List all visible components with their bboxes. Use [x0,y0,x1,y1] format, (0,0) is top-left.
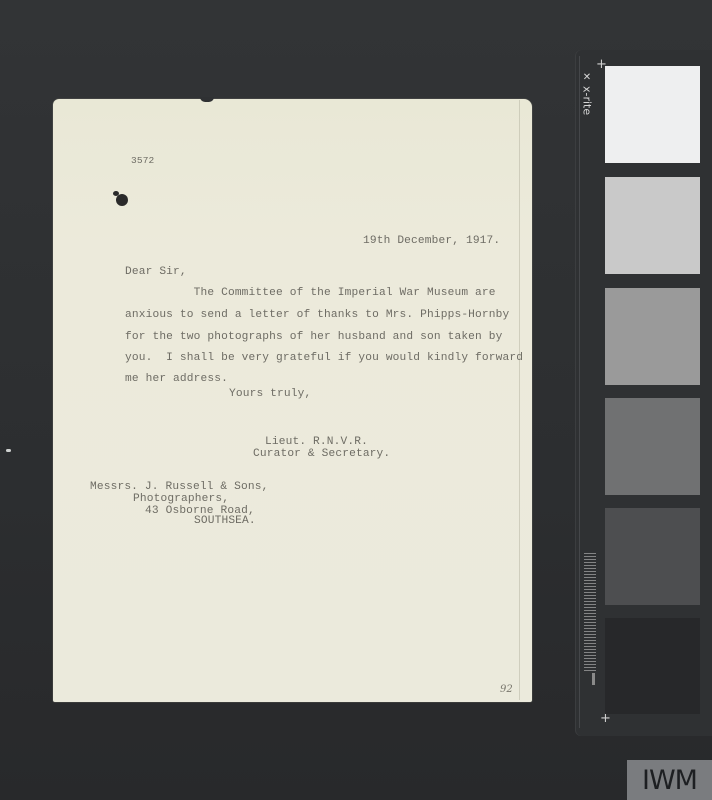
page-number-handwritten: 92 [500,684,513,695]
color-patch-black [605,618,700,714]
dust-speck [6,449,11,452]
color-patch-mid-gray [605,398,700,495]
closing: Yours truly, [229,389,311,400]
signature-title: Curator & Secretary. [253,449,390,460]
color-patch-dark-gray [605,508,700,605]
salutation: Dear Sir, [125,267,187,278]
body-line: anxious to send a letter of thanks to Mr… [125,310,509,321]
letter-date: 19th December, 1917. [363,236,500,247]
reference-number: 3572 [131,156,154,166]
xrite-brand: ✕ x-rite [572,72,602,132]
chart-edge [579,56,580,728]
addressee-occupation: Photographers, [133,494,229,505]
body-line: you. I shall be very grateful if you wou… [125,353,523,364]
brand-label: x-rite [581,86,594,115]
xrite-logo-icon: ✕ [582,72,593,83]
letter-page [53,99,532,702]
color-patch-light-gray [605,177,700,274]
page-fold-line [519,100,520,700]
addressee-name: Messrs. J. Russell & Sons, [90,482,268,493]
color-patch-white [605,66,700,163]
scale-ruler [584,553,596,673]
body-line: for the two photographs of her husband a… [125,332,503,343]
color-patch-mid-light-gray [605,288,700,385]
scale-ruler-end [592,673,595,685]
addressee-town: SOUTHSEA. [194,516,256,527]
iwm-label: IWM [642,765,697,796]
ink-blot [116,194,128,206]
iwm-watermark: IWM [627,760,712,800]
signature-rank: Lieut. R.N.V.R. [265,437,368,448]
body-line: me her address. [125,374,228,385]
body-line: The Committee of the Imperial War Museum… [125,288,496,299]
